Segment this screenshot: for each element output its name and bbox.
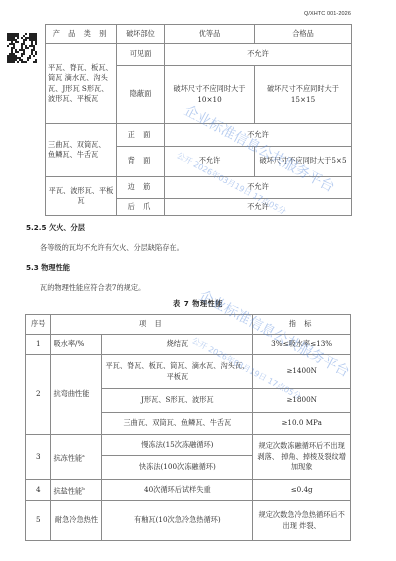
section-body-5-2-5: 各等级的瓦均不允许有欠火、分层缺陷存在。: [40, 243, 184, 253]
section-heading-5-2-5: 5.2.5 欠火、分层: [26, 223, 85, 233]
index-value-cell: 规定次数急冷急热循环后不出现 炸裂、: [253, 501, 351, 541]
premium-value-cell: 不允许: [165, 147, 255, 177]
col-header-qualified: 合格品: [255, 25, 352, 44]
col-header-category: 产 品 类 别: [46, 25, 117, 44]
item-cell: 吸水率/%: [51, 335, 102, 355]
item-label: 抗冻性能: [53, 453, 82, 462]
index-value-cell: ≥1800N: [253, 389, 351, 413]
sub-item-cell: 慢冻法(15次冻融循环): [102, 435, 253, 456]
row-no: 3: [26, 435, 51, 480]
row-no: 1: [26, 335, 51, 355]
part-cell: 背 面: [117, 147, 165, 177]
qualified-value-cell: 破坏尺寸不应同时大于5×5: [255, 147, 352, 177]
index-value-cell: 规定次数冻融循环后不出现剥落、 掉角、掉棱及裂纹增加现象: [253, 435, 351, 480]
row-no: 5: [26, 501, 51, 541]
sub-item-cell: 有釉瓦(10次急冷急热循环): [102, 501, 253, 541]
footnote-marker: a: [82, 453, 84, 458]
item-cell: 抗冻性能a: [51, 435, 102, 480]
sub-item-cell: 快冻法(100次冻融循环): [102, 456, 253, 480]
part-cell: 隐蔽面: [117, 66, 165, 124]
table-caption: 表 7 物理性能: [0, 299, 396, 309]
sub-item-cell: 三曲瓦、双筒瓦、鱼鳞瓦、牛舌瓦: [102, 413, 253, 435]
row-no: 4: [26, 480, 51, 501]
premium-value-cell: 破坏尺寸不应同时大于10×10: [165, 66, 255, 124]
col-header-premium: 优等品: [165, 25, 255, 44]
row-no: 2: [26, 355, 51, 435]
index-value-cell: ≥10.0 MPa: [253, 413, 351, 435]
merged-value-cell: 不允许: [165, 199, 352, 216]
item-cell: 耐急冷急热性: [51, 501, 102, 541]
physical-properties-table: 序号 项 目 指 标 1 吸水率/% 烧结瓦 3%≤吸水率≤13% 2 抗弯曲性…: [25, 314, 351, 541]
item-cell: 抗盐性能b: [51, 480, 102, 501]
part-cell: 正 面: [117, 124, 165, 147]
category-cell: 三曲瓦、双筒瓦、 鱼鳞瓦、牛舌瓦: [46, 124, 117, 177]
sub-item-cell: J形瓦、S形瓦、波形瓦: [102, 389, 253, 413]
qr-code-icon: [7, 33, 37, 63]
part-cell: 边 筋: [117, 177, 165, 199]
index-value-cell: 3%≤吸水率≤13%: [253, 335, 351, 355]
qualified-value-cell: 破坏尺寸不应同时大于15×15: [255, 66, 352, 124]
category-cell: 平瓦、波形瓦、平板瓦: [46, 177, 117, 216]
sub-item-cell: 平瓦、脊瓦、板瓦、筒瓦、滴水瓦、沟头瓦、平板瓦: [102, 355, 253, 389]
section-body-5-3: 瓦的物理性能应符合表7的规定。: [40, 283, 145, 293]
section-heading-5-3: 5.3 物理性能: [26, 263, 70, 273]
col-header-item: 项 目: [51, 315, 253, 335]
sub-item-cell: 40次循环后试样失重: [102, 480, 253, 501]
col-header-part: 破坏部位: [117, 25, 165, 44]
item-cell: 抗弯曲性能: [51, 355, 102, 435]
defect-table: 产 品 类 别 破坏部位 优等品 合格品 平瓦、脊瓦、板瓦、筒瓦 滴水瓦、沟头瓦…: [45, 24, 352, 216]
sub-item-cell: 烧结瓦: [102, 335, 253, 355]
footnote-marker: b: [82, 486, 85, 491]
merged-value-cell: 不允许: [165, 44, 352, 66]
index-value-cell: ≥1400N: [253, 355, 351, 389]
part-cell: 后 爪: [117, 199, 165, 216]
item-label: 抗盐性能: [53, 486, 82, 495]
index-value-cell: ≤0.4g: [253, 480, 351, 501]
category-cell: 平瓦、脊瓦、板瓦、筒瓦 滴水瓦、沟头瓦、J形瓦 S形瓦、波形瓦、平板瓦: [46, 44, 117, 124]
part-cell: 可见面: [117, 44, 165, 66]
standard-code: Q/XHTC 001-2026: [304, 11, 351, 17]
merged-value-cell: 不允许: [165, 177, 352, 199]
col-header-index: 指 标: [253, 315, 351, 335]
merged-value-cell: 不允许: [165, 124, 352, 147]
col-header-no: 序号: [26, 315, 51, 335]
